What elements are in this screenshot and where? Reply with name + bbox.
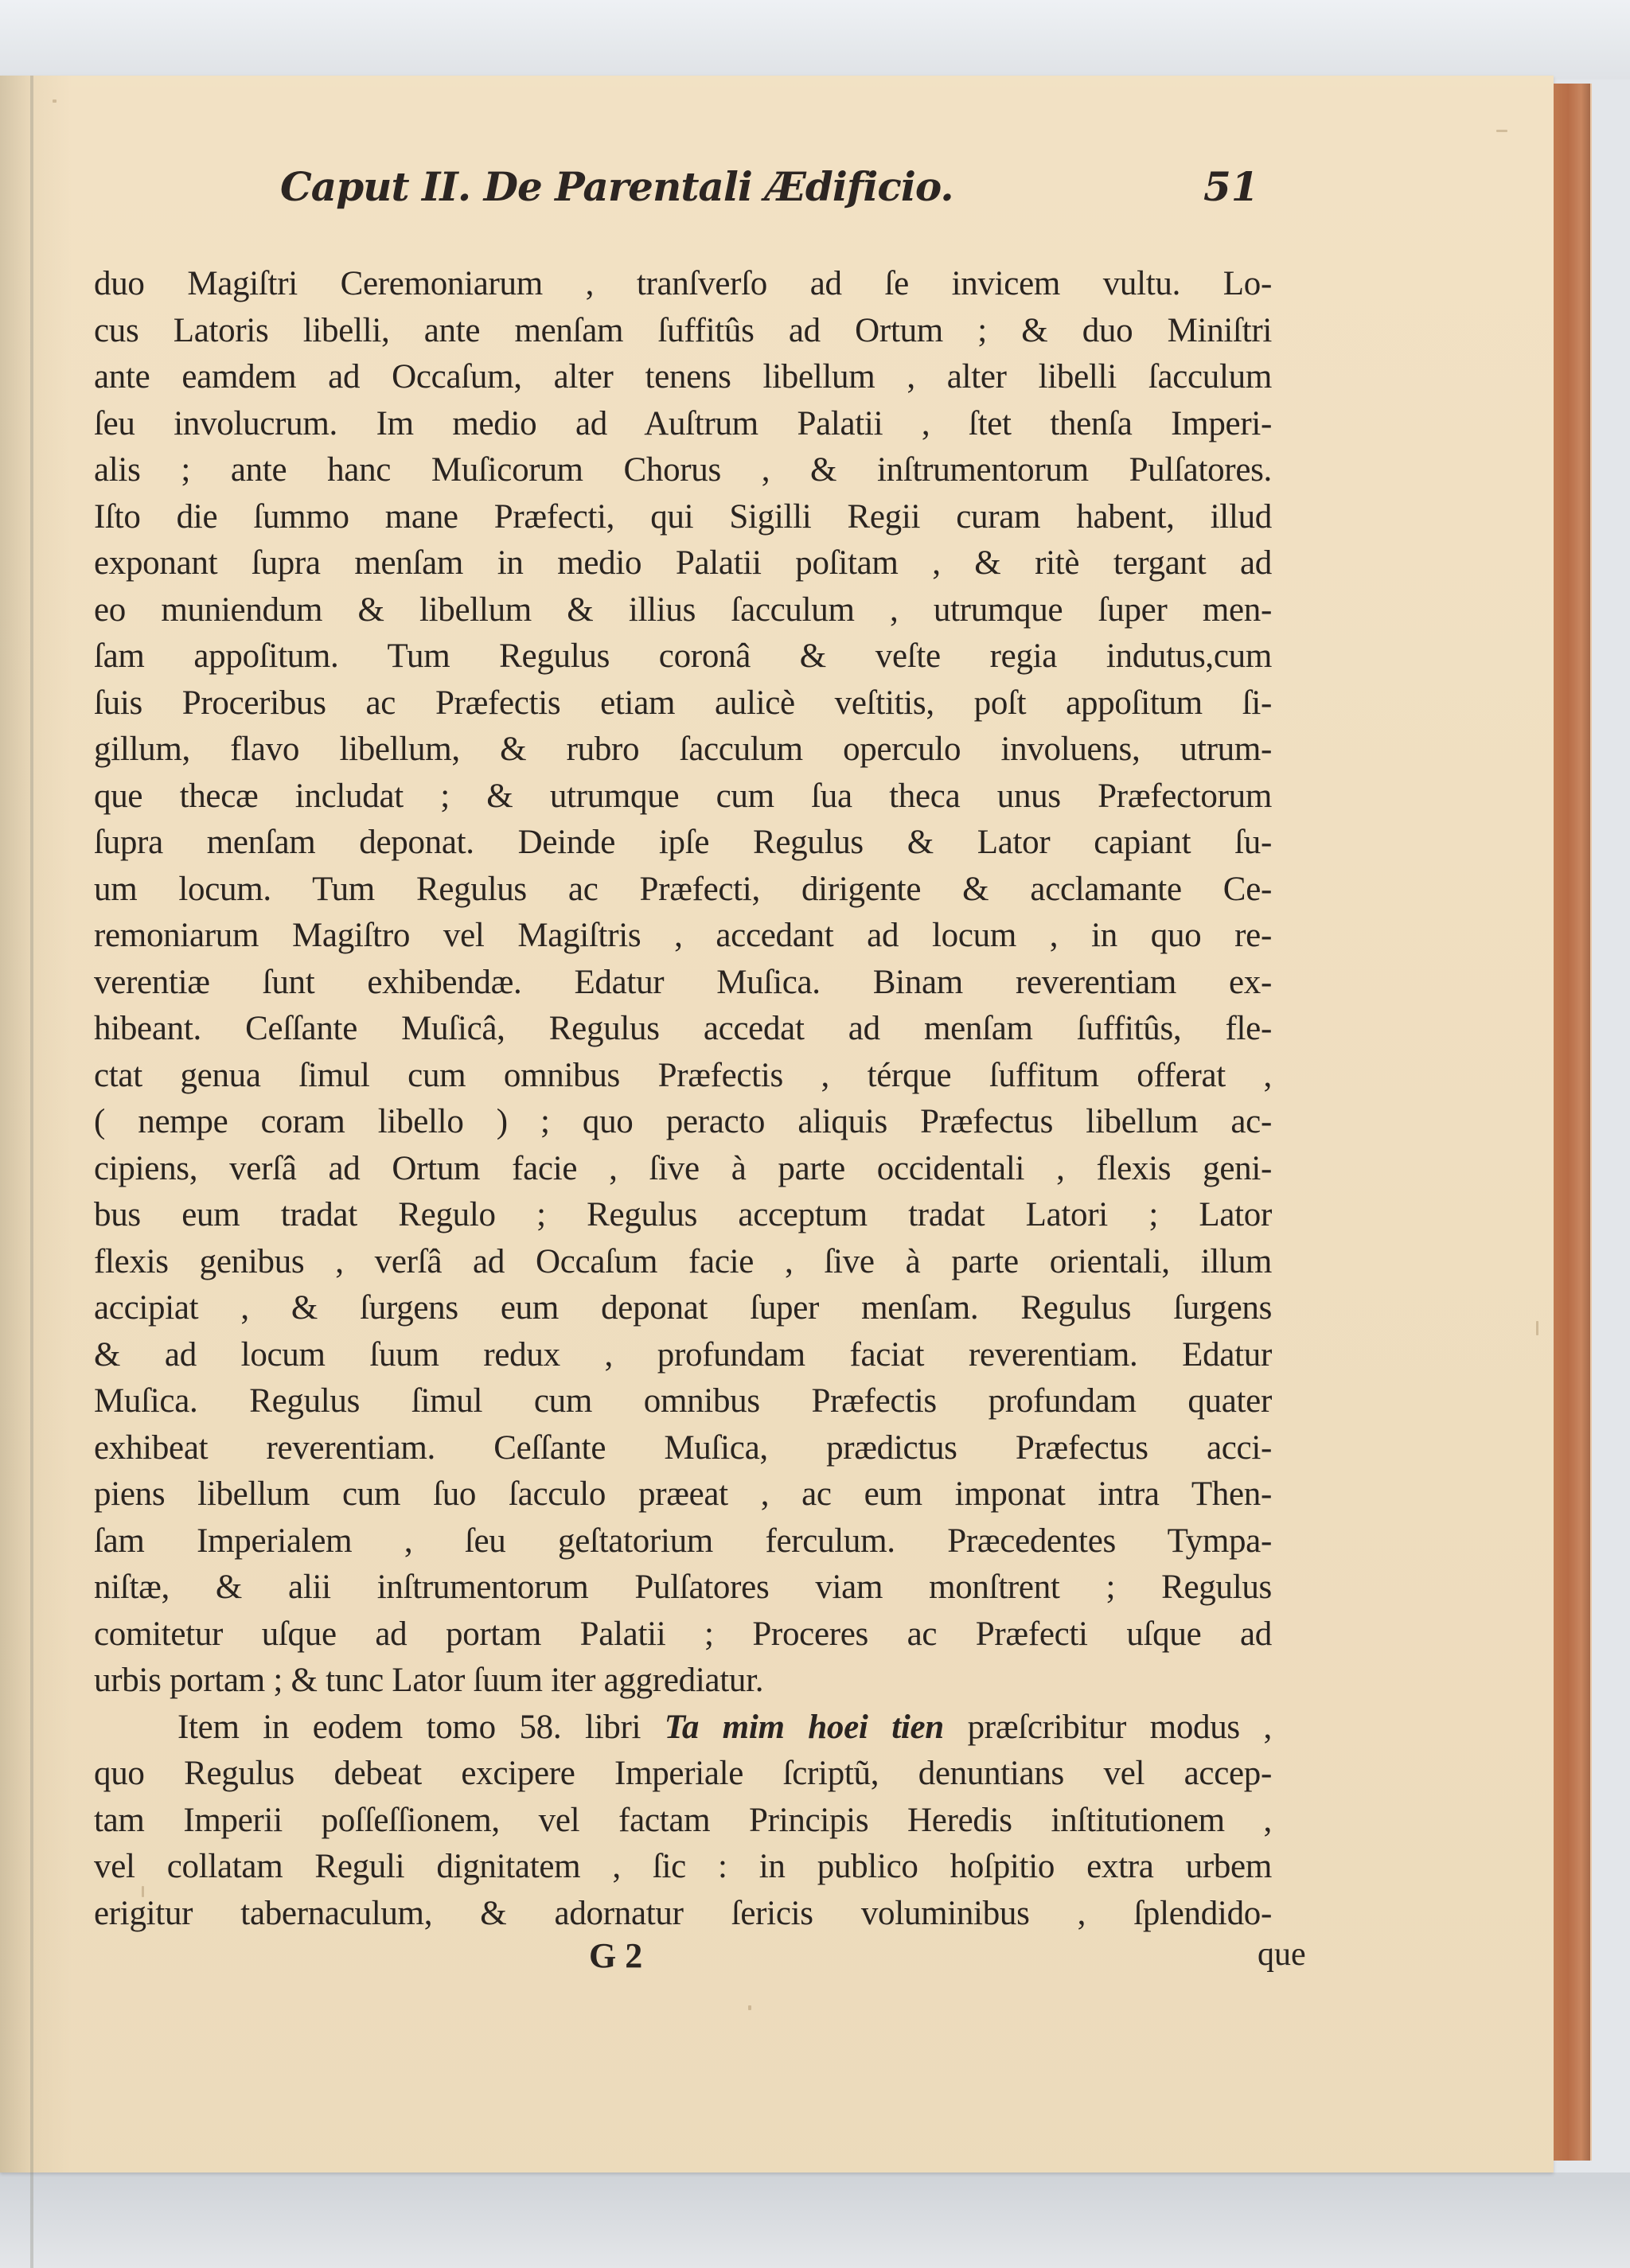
text-line: duo Magiſtri Ceremoniarum , tranſverſo a… xyxy=(94,261,1272,308)
paragraph-2-lead: Item in eodem tomo 58. libri xyxy=(177,1709,641,1746)
page-number: 51 xyxy=(1203,163,1259,210)
text-line: comitetur uſque ad portam Palatii ; Proc… xyxy=(94,1611,1272,1658)
text-line: ſupra menſam deponat. Deinde ipſe Regulu… xyxy=(94,820,1272,867)
text-line: accipiat , & ſurgens eum deponat ſuper m… xyxy=(94,1285,1272,1332)
text-line: flexis genibus , verſâ ad Occaſum facie … xyxy=(94,1239,1272,1286)
paper-speck xyxy=(1496,130,1507,132)
text-line: ſeu involucrum. Im medio ad Auſtrum Pala… xyxy=(94,401,1272,448)
text-line: ( nempe coram libello ) ; quo peracto al… xyxy=(94,1099,1272,1146)
text-line: bus eum tradat Regulo ; Regulus acceptum… xyxy=(94,1192,1272,1239)
gutter-fold xyxy=(30,76,33,2268)
text-line: ſam appoſitum. Tum Regulus coronâ & veſt… xyxy=(94,633,1272,680)
scan-backdrop-top xyxy=(0,0,1630,80)
text-line: erigitur tabernaculum, & adornatur ſeric… xyxy=(94,1891,1272,1938)
text-line: Iſto die ſummo mane Præfecti, qui Sigill… xyxy=(94,494,1272,541)
cited-book-title: Ta mim hoei tien xyxy=(665,1709,944,1746)
text-line: remoniarum Magiſtro vel Magiſtris , acce… xyxy=(94,913,1272,960)
paper-speck xyxy=(1536,1321,1538,1335)
text-line: gillum, flavo libellum, & rubro ſacculum… xyxy=(94,727,1272,774)
text-line: Muſica. Regulus ſimul cum omnibus Præfec… xyxy=(94,1378,1272,1425)
body-text: duo Magiſtri Ceremoniarum , tranſverſo a… xyxy=(94,261,1272,1937)
signature-mark: G 2 xyxy=(589,1935,642,1976)
text-line: exhibeat reverentiam. Ceſſante Muſica, p… xyxy=(94,1425,1272,1472)
scan-backdrop-bottom xyxy=(0,2173,1630,2268)
text-line: verentiæ ſunt exhibendæ. Edatur Muſica. … xyxy=(94,960,1272,1007)
paper-speck xyxy=(748,2005,751,2010)
text-line: ante eamdem ad Occaſum, alter tenens lib… xyxy=(94,354,1272,401)
text-line: hibeant. Ceſſante Muſicâ, Regulus acceda… xyxy=(94,1006,1272,1053)
text-line: quo Regulus debeat excipere Imperiale ſc… xyxy=(94,1751,1272,1798)
text-line: ctat genua ſimul cum omnibus Præfectis ,… xyxy=(94,1053,1272,1100)
text-line: um locum. Tum Regulus ac Præfecti, dirig… xyxy=(94,867,1272,914)
text-line-paragraph-end: urbis portam ; & tunc Lator ſuum iter ag… xyxy=(94,1658,1272,1705)
text-line: tam Imperii poſſeſſionem, vel factam Pri… xyxy=(94,1798,1272,1845)
text-line: ſuis Proceribus ac Præfectis etiam aulic… xyxy=(94,680,1272,727)
text-line: eo muniendum & libellum & illius ſacculu… xyxy=(94,587,1272,634)
paragraph-2-rest: præſcribitur modus , xyxy=(968,1709,1272,1746)
text-line: cus Latoris libelli, ante menſam ſuffitû… xyxy=(94,308,1272,355)
paper-speck xyxy=(53,99,57,103)
text-line: vel collatam Reguli dignitatem , ſic : i… xyxy=(94,1844,1272,1891)
running-head: Caput II. De Parentali Ædificio. 51 xyxy=(280,163,1267,219)
text-line: ſam Imperialem , ſeu geſtatorium ferculu… xyxy=(94,1518,1272,1565)
chapter-title: Caput II. De Parentali Ædificio. xyxy=(280,163,953,210)
text-line: que thecæ includat ; & utrumque cum ſua … xyxy=(94,774,1272,820)
catchword: que xyxy=(1258,1935,1306,1974)
text-line: exponant ſupra menſam in medio Palatii p… xyxy=(94,540,1272,587)
paragraph-2-first-line: Item in eodem tomo 58. libri Ta mim hoei… xyxy=(94,1705,1272,1752)
page-fore-edge xyxy=(1554,84,1592,2161)
text-line: niſtæ, & alii inſtrumentorum Pulſatores … xyxy=(94,1565,1272,1611)
text-line: cipiens, verſâ ad Ortum facie , ſive à p… xyxy=(94,1146,1272,1193)
text-line: piens libellum cum ſuo ſacculo præeat , … xyxy=(94,1471,1272,1518)
text-line: alis ; ante hanc Muſicorum Chorus , & in… xyxy=(94,447,1272,494)
text-line: & ad locum ſuum redux , profundam faciat… xyxy=(94,1332,1272,1379)
